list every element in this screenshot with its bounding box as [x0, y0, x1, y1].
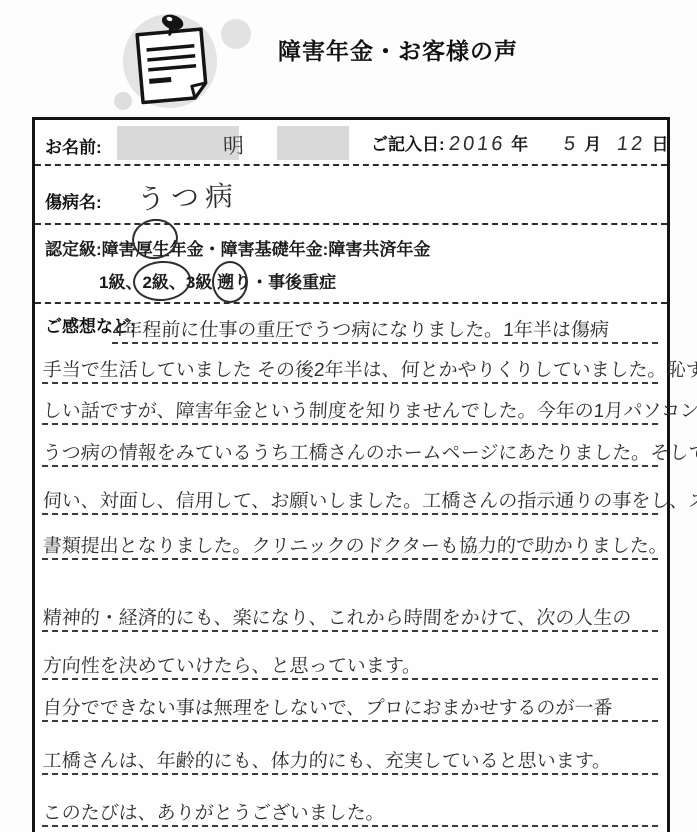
date-day-handwritten: 12 [616, 133, 647, 156]
illness-label: 傷病名: [45, 188, 102, 213]
comments-row: ご感想など: 4年程前に仕事の重圧でうつ病になりました。1年半は傷病 手当で生活… [35, 304, 667, 827]
comment-line: 手当で生活していました その後2年半は、何とかやりくりしていました。恥ずか [42, 345, 660, 384]
date-year-handwritten: 2016 [447, 133, 506, 156]
grade-row: 認定級:障害厚生年金・障害基礎年金:障害共済年金 1級、2級、3級 遡り・事後重… [35, 225, 667, 304]
comment-line: しい話ですが、障害年金という制度を知りませんでした。今年の1月パソコンの [42, 386, 660, 425]
comment-line: 自分でできない事は無理をしないで、プロにおまかせするのが一番 [42, 683, 660, 722]
name-redaction-box-2 [277, 126, 349, 160]
circled-pension-type: 厚生 [136, 235, 170, 260]
grade-line1-suffix: 年金・障害基礎年金:障害共済年金 [170, 240, 431, 259]
grade-line2-part2: 、3級 [169, 273, 217, 292]
comment-line: 伺い、対面し、信用して、お願いしました。工橋さんの指示通りの事をし、スムーズに [42, 476, 660, 515]
comment-line: 方向性を決めていけたら、と思っています。 [42, 641, 660, 680]
grade-line2-part3: ・事後重症 [251, 273, 336, 292]
comment-line: 4年程前に仕事の重圧でうつ病になりました。1年半は傷病 [112, 305, 660, 344]
name-visible-character: 明 [222, 130, 245, 161]
date-label: ご記入日: [371, 130, 445, 155]
feedback-form: お名前: 明 ご記入日: 2016 年 5 月 12 日 傷病名: うつ病 認定… [32, 117, 670, 832]
comment-line: うつ病の情報をみているうち工橋さんのホームページにあたりました。そして事務所に [42, 428, 660, 467]
memo-note-icon [100, 8, 270, 113]
date-group: ご記入日: 2016 年 5 月 12 日 [371, 130, 669, 156]
comment-line: 書類提出となりました。クリニックのドクターも協力的で助かりました。 [42, 521, 660, 560]
circled-grade-2: 2級 [142, 268, 168, 293]
comment-line: このたびは、ありがとうございました。 [42, 788, 660, 827]
name-label: お名前: [45, 133, 102, 158]
grade-line2-part1: 1級、 [99, 273, 142, 292]
illness-value-handwritten: うつ病 [136, 174, 239, 218]
day-unit: 日 [652, 130, 669, 155]
grade-line1: 認定級:障害厚生年金・障害基礎年金:障害共済年金 [45, 235, 430, 260]
page-title: 障害年金・お客様の声 [278, 33, 518, 66]
illness-row: 傷病名: うつ病 [35, 166, 667, 225]
date-month-handwritten: 5 [563, 133, 580, 156]
year-unit: 年 [511, 130, 528, 155]
comment-line: 工橋さんは、年齢的にも、体力的にも、充実していると思います。 [42, 736, 660, 775]
name-date-row: お名前: 明 ご記入日: 2016 年 5 月 12 日 [35, 120, 667, 166]
name-redaction-box-1 [117, 126, 239, 160]
comment-line: 精神的・経済的にも、楽になり、これから時間をかけて、次の人生の [42, 593, 660, 632]
grade-line2: 1級、2級、3級 遡り・事後重症 [99, 268, 336, 293]
circled-retroactive: 遡り [217, 268, 251, 293]
grade-line1-prefix: 認定級:障害 [45, 240, 136, 259]
month-unit: 月 [584, 130, 601, 155]
page-header: 障害年金・お客様の声 [0, 0, 697, 117]
